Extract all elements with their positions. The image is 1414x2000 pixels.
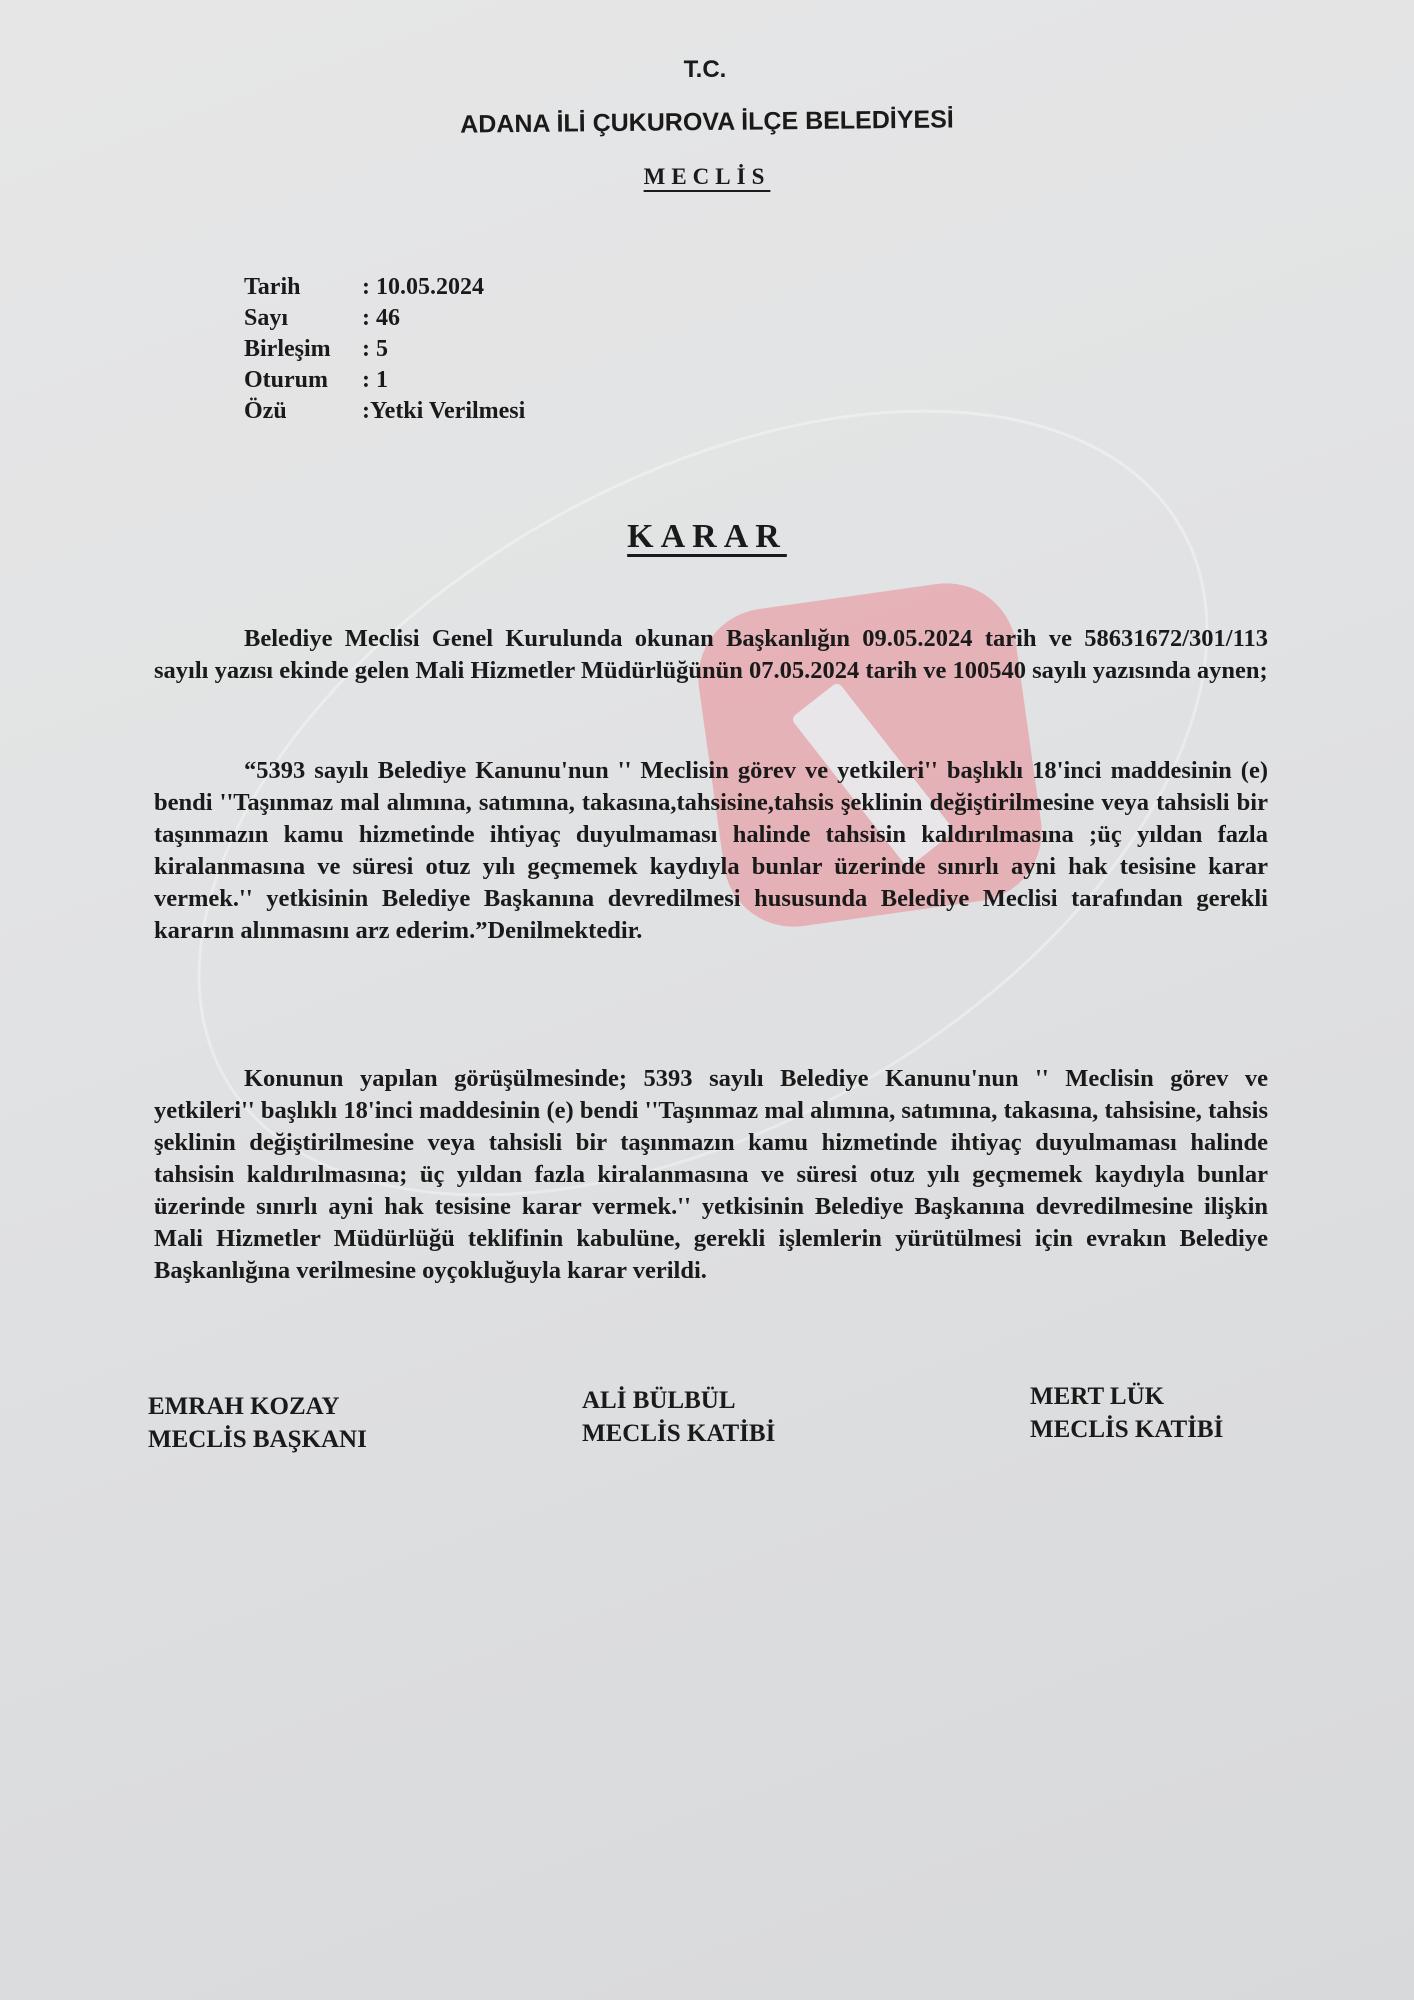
meta-row-number: Sayı: 46 [244, 303, 525, 334]
meta-row-date: Tarih: 10.05.2024 [244, 272, 525, 303]
signatory-clerk-2: MERT LÜK MECLİS KATİBİ [1030, 1380, 1223, 1446]
signatory-clerk-1: ALİ BÜLBÜL MECLİS KATİBİ [582, 1384, 775, 1450]
paragraph-quote: “5393 sayılı Belediye Kanunu'nun '' Mecl… [154, 755, 1268, 947]
document-page: T.C. ADANA İLİ ÇUKUROVA İLÇE BELEDİYESİ … [0, 0, 1414, 2000]
header-unit: MECLİS [0, 164, 1414, 190]
paragraph-intro: Belediye Meclisi Genel Kurulunda okunan … [154, 623, 1268, 687]
header-tc: T.C. [0, 56, 1412, 84]
meta-block: Tarih: 10.05.2024 Sayı: 46 Birleşim: 5 O… [244, 272, 525, 427]
header-organization: ADANA İLİ ÇUKUROVA İLÇE BELEDİYESİ [0, 101, 1414, 145]
meta-row-sitting: Oturum: 1 [244, 365, 525, 396]
meta-row-session: Birleşim: 5 [244, 334, 525, 365]
meta-row-subject: Özü:Yetki Verilmesi [244, 396, 525, 427]
decision-title: KARAR [0, 518, 1414, 556]
signatory-president: EMRAH KOZAY MECLİS BAŞKANI [148, 1390, 367, 1456]
paragraph-decision: Konunun yapılan görüşülmesinde; 5393 say… [154, 1063, 1268, 1287]
